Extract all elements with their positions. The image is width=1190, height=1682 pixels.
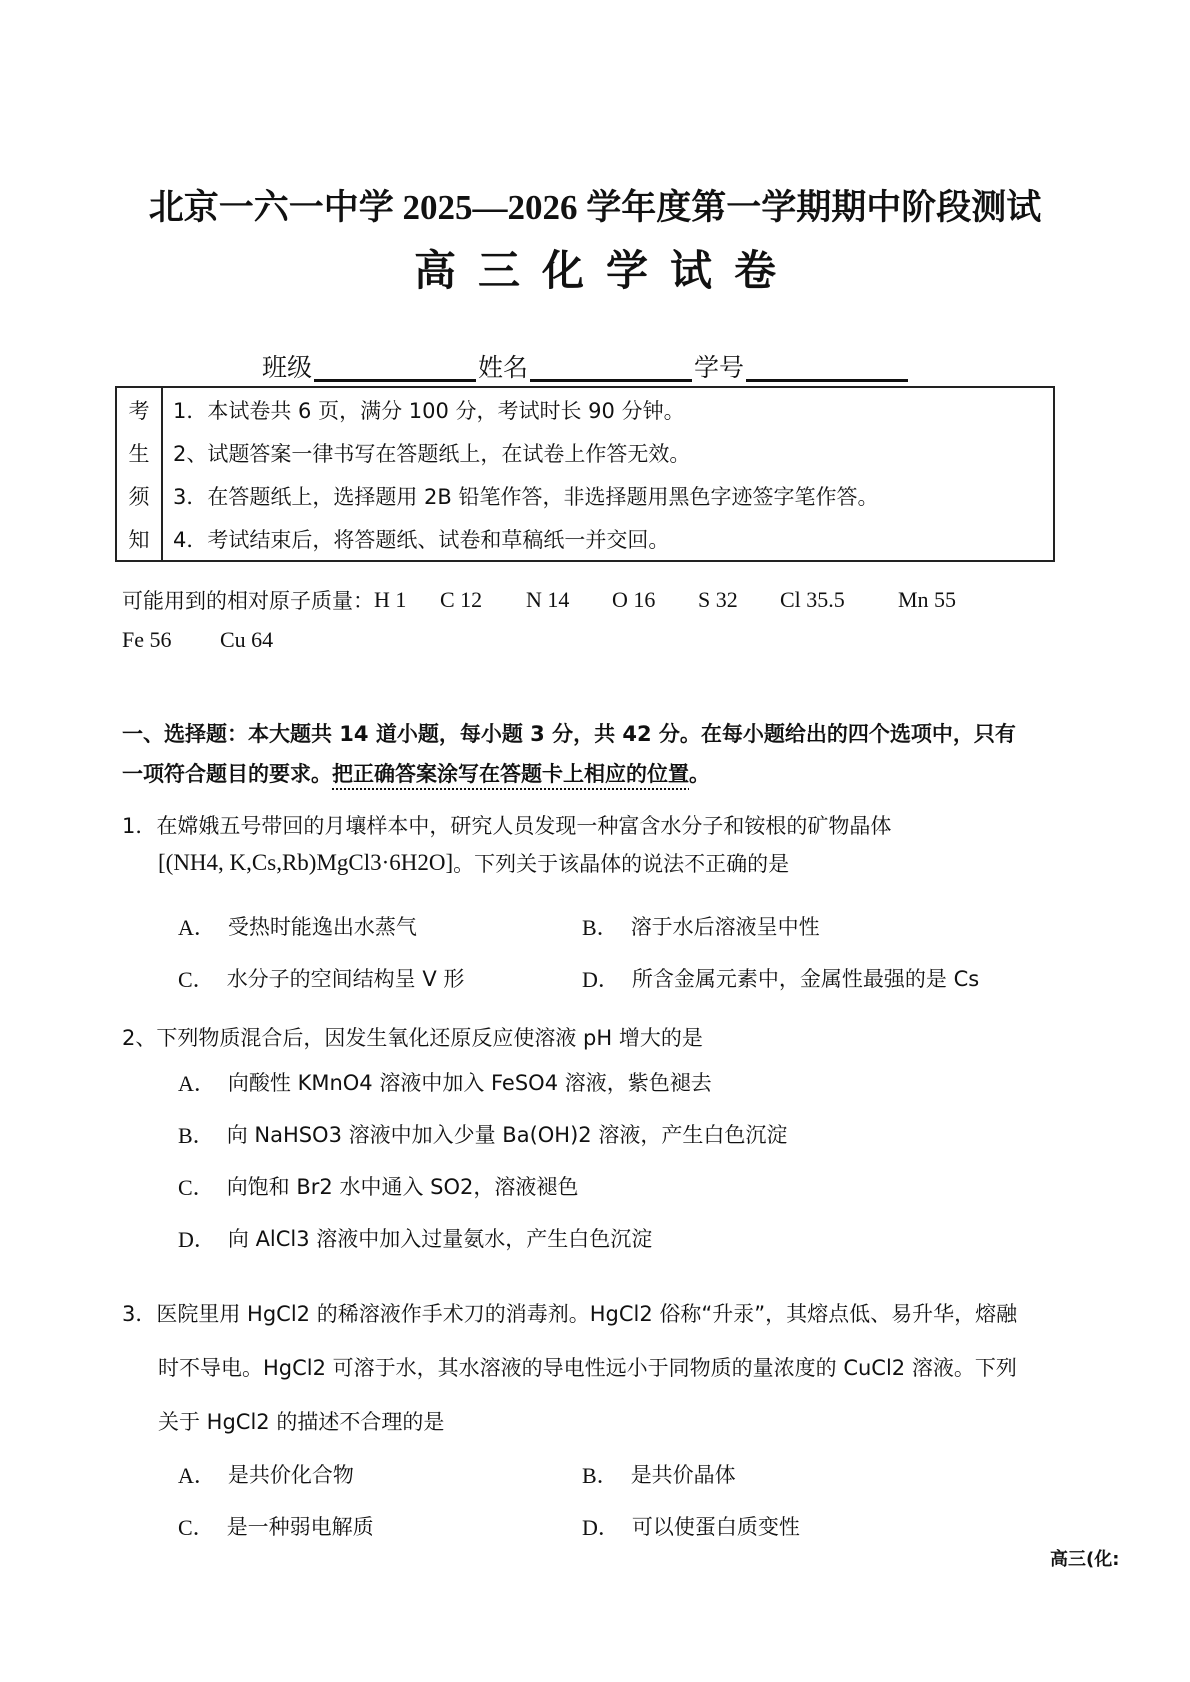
atomic-masses-row-1: 可能用到的相对原子质量： H 1 C 12 N 14 O 16 S 32 Cl … — [122, 580, 956, 620]
school-exam-title: 北京一六一中学 2025—2026 学年度第一学期期中阶段测试 — [0, 180, 1190, 230]
option-letter: D． — [178, 1223, 216, 1254]
option-c[interactable]: C． 向饱和 Br2 水中通入 SO2，溶液褪色 — [122, 1160, 1082, 1212]
option-b[interactable]: B． 是共价晶体 — [582, 1459, 986, 1490]
option-a[interactable]: A． 受热时能逸出水蒸气 — [178, 911, 582, 942]
notice-side-char: 须 — [117, 474, 161, 517]
option-letter: A． — [178, 911, 216, 942]
option-b[interactable]: B． 向 NaHSO3 溶液中加入少量 Ba(OH)2 溶液，产生白色沉淀 — [122, 1108, 1082, 1160]
question-3-stem-line-2: 时不导电。HgCl2 可溶于水，其水溶液的导电性远小于同物质的量浓度的 CuCl… — [122, 1340, 1082, 1394]
question-2-stem: 2、 下列物质混合后，因发生氧化还原反应使溶液 pH 增大的是 — [122, 1018, 1082, 1056]
exam-page: 北京一六一中学 2025—2026 学年度第一学期期中阶段测试 高三化学试卷 班… — [0, 0, 1190, 1682]
question-stem: 在嫦娥五号带回的月壤样本中，研究人员发现一种富含水分子和铵根的矿物晶体 — [156, 810, 891, 840]
question-2: 2、 下列物质混合后，因发生氧化还原反应使溶液 pH 增大的是 A． 向酸性 K… — [122, 1018, 1082, 1264]
notice-side-char: 知 — [117, 517, 161, 560]
option-text: 是共价化合物 — [228, 1459, 354, 1489]
atomic-masses-row-2: Fe 56 Cu 64 — [122, 620, 956, 660]
option-text: 是一种弱电解质 — [227, 1511, 374, 1541]
option-letter: B． — [178, 1119, 215, 1150]
name-label: 姓名 — [478, 348, 528, 384]
paper-title: 高三化学试卷 — [0, 238, 1190, 298]
option-c[interactable]: C． 水分子的空间结构呈 V 形 — [178, 963, 582, 994]
page-footer-label: 高三(化: — [1050, 1545, 1119, 1571]
atomic-mass-item: Cu 64 — [220, 627, 273, 653]
question-3-stem-line-3: 关于 HgCl2 的描述不合理的是 — [122, 1394, 1082, 1448]
notice-side-char: 考 — [117, 388, 161, 431]
question-stem: 下列物质混合后，因发生氧化还原反应使溶液 pH 增大的是 — [156, 1022, 702, 1052]
question-1: 1． 在嫦娥五号带回的月壤样本中，研究人员发现一种富含水分子和铵根的矿物晶体 [… — [122, 806, 1082, 1004]
atomic-mass-item: O 16 — [612, 587, 698, 613]
notice-item: 4．考试结束后，将答题纸、试卷和草稿纸一并交回。 — [173, 517, 1053, 560]
option-d[interactable]: D． 可以使蛋白质变性 — [582, 1511, 986, 1542]
option-letter: D． — [582, 1511, 620, 1542]
option-a[interactable]: A． 向酸性 KMnO4 溶液中加入 FeSO4 溶液，紫色褪去 — [122, 1056, 1082, 1108]
notice-side-label: 考 生 须 知 — [117, 388, 163, 560]
option-text: 所含金属元素中，金属性最强的是 Cs — [632, 963, 979, 993]
option-letter: C． — [178, 1511, 215, 1542]
question-number: 2、 — [122, 1022, 156, 1052]
option-text: 向饱和 Br2 水中通入 SO2，溶液褪色 — [227, 1171, 579, 1201]
class-label: 班级 — [262, 348, 312, 384]
option-letter: B． — [582, 1459, 619, 1490]
section-1-requirement: 一项符合题目的要求。 — [122, 762, 332, 786]
option-text: 受热时能逸出水蒸气 — [228, 911, 417, 941]
section-1-heading-line-1: 一、选择题：本大题共 14 道小题，每小题 3 分，共 42 分。在每小题给出的… — [122, 714, 1092, 754]
question-1-options: A． 受热时能逸出水蒸气 B． 溶于水后溶液呈中性 C． 水分子的空间结构呈 V… — [122, 900, 1082, 1004]
option-text: 溶于水后溶液呈中性 — [631, 911, 820, 941]
option-text: 向酸性 KMnO4 溶液中加入 FeSO4 溶液，紫色褪去 — [228, 1067, 712, 1097]
question-3-stem-line-1: 3． 医院里用 HgCl2 的稀溶液作手术刀的消毒剂。HgCl2 俗称“升汞”，… — [122, 1286, 1082, 1340]
atomic-mass-item: Mn 55 — [898, 587, 956, 613]
atomic-masses-label: 可能用到的相对原子质量： — [122, 585, 374, 615]
question-stem: 医院里用 HgCl2 的稀溶液作手术刀的消毒剂。HgCl2 俗称“升汞”，其熔点… — [156, 1298, 1017, 1328]
section-1-period: 。 — [689, 762, 710, 786]
notice-items: 1．本试卷共 6 页，满分 100 分，考试时长 90 分钟。 2、试题答案一律… — [163, 388, 1053, 560]
notice-item: 3．在答题纸上，选择题用 2B 铅笔作答，非选择题用黑色字迹签字笔作答。 — [173, 474, 1053, 517]
option-a[interactable]: A． 是共价化合物 — [178, 1459, 582, 1490]
atomic-masses: 可能用到的相对原子质量： H 1 C 12 N 14 O 16 S 32 Cl … — [122, 580, 956, 660]
question-3-options: A． 是共价化合物 B． 是共价晶体 C． 是一种弱电解质 D． 可以使蛋白质变… — [122, 1448, 1082, 1552]
student-id-blank[interactable] — [746, 353, 908, 382]
section-1-emphasis: 把正确答案涂写在答题卡上相应的位置 — [332, 762, 689, 786]
section-1-heading: 一、选择题：本大题共 14 道小题，每小题 3 分，共 42 分。在每小题给出的… — [122, 714, 1092, 794]
option-text: 向 NaHSO3 溶液中加入少量 Ba(OH)2 溶液，产生白色沉淀 — [227, 1119, 788, 1149]
option-d[interactable]: D． 向 AlCl3 溶液中加入过量氨水，产生白色沉淀 — [122, 1212, 1082, 1264]
question-stem: 。下列关于该晶体的说法不正确的是 — [453, 848, 789, 878]
question-1-stem-line-1: 1． 在嫦娥五号带回的月壤样本中，研究人员发现一种富含水分子和铵根的矿物晶体 — [122, 806, 1082, 844]
class-blank[interactable] — [314, 353, 476, 382]
option-d[interactable]: D． 所含金属元素中，金属性最强的是 Cs — [582, 963, 986, 994]
atomic-mass-item: S 32 — [698, 587, 780, 613]
option-text: 可以使蛋白质变性 — [632, 1511, 800, 1541]
name-blank[interactable] — [530, 353, 692, 382]
question-number: 3． — [122, 1298, 156, 1328]
option-text: 水分子的空间结构呈 V 形 — [227, 963, 465, 993]
mineral-formula: [(NH4, K,Cs,Rb)MgCl3·6H2O] — [158, 850, 453, 876]
question-2-options: A． 向酸性 KMnO4 溶液中加入 FeSO4 溶液，紫色褪去 B． 向 Na… — [122, 1056, 1082, 1264]
atomic-mass-item: N 14 — [526, 587, 612, 613]
option-letter: A． — [178, 1459, 216, 1490]
notice-item: 1．本试卷共 6 页，满分 100 分，考试时长 90 分钟。 — [173, 388, 1053, 431]
student-id-label: 学号 — [694, 348, 744, 384]
option-c[interactable]: C． 是一种弱电解质 — [178, 1511, 582, 1542]
option-text: 是共价晶体 — [631, 1459, 736, 1489]
section-1-heading-line-2: 一项符合题目的要求。把正确答案涂写在答题卡上相应的位置。 — [122, 754, 1092, 794]
option-letter: D． — [582, 963, 620, 994]
notice-item: 2、试题答案一律书写在答题纸上，在试卷上作答无效。 — [173, 431, 1053, 474]
option-letter: B． — [582, 911, 619, 942]
option-letter: A． — [178, 1067, 216, 1098]
notice-side-char: 生 — [117, 431, 161, 474]
atomic-mass-item: H 1 — [374, 587, 440, 613]
option-letter: C． — [178, 1171, 215, 1202]
option-text: 向 AlCl3 溶液中加入过量氨水，产生白色沉淀 — [228, 1223, 652, 1253]
atomic-mass-item: C 12 — [440, 587, 526, 613]
student-info-fields: 班级 姓名 学号 — [262, 348, 910, 384]
atomic-mass-item: Cl 35.5 — [780, 587, 898, 613]
question-3: 3． 医院里用 HgCl2 的稀溶液作手术刀的消毒剂。HgCl2 俗称“升汞”，… — [122, 1286, 1082, 1552]
option-letter: C． — [178, 963, 215, 994]
question-number: 1． — [122, 810, 156, 840]
exam-notice-table: 考 生 须 知 1．本试卷共 6 页，满分 100 分，考试时长 90 分钟。 … — [115, 386, 1055, 562]
atomic-mass-item: Fe 56 — [122, 627, 220, 653]
option-b[interactable]: B． 溶于水后溶液呈中性 — [582, 911, 986, 942]
question-1-stem-line-2: [(NH4, K,Cs,Rb)MgCl3·6H2O] 。下列关于该晶体的说法不正… — [122, 844, 1082, 882]
